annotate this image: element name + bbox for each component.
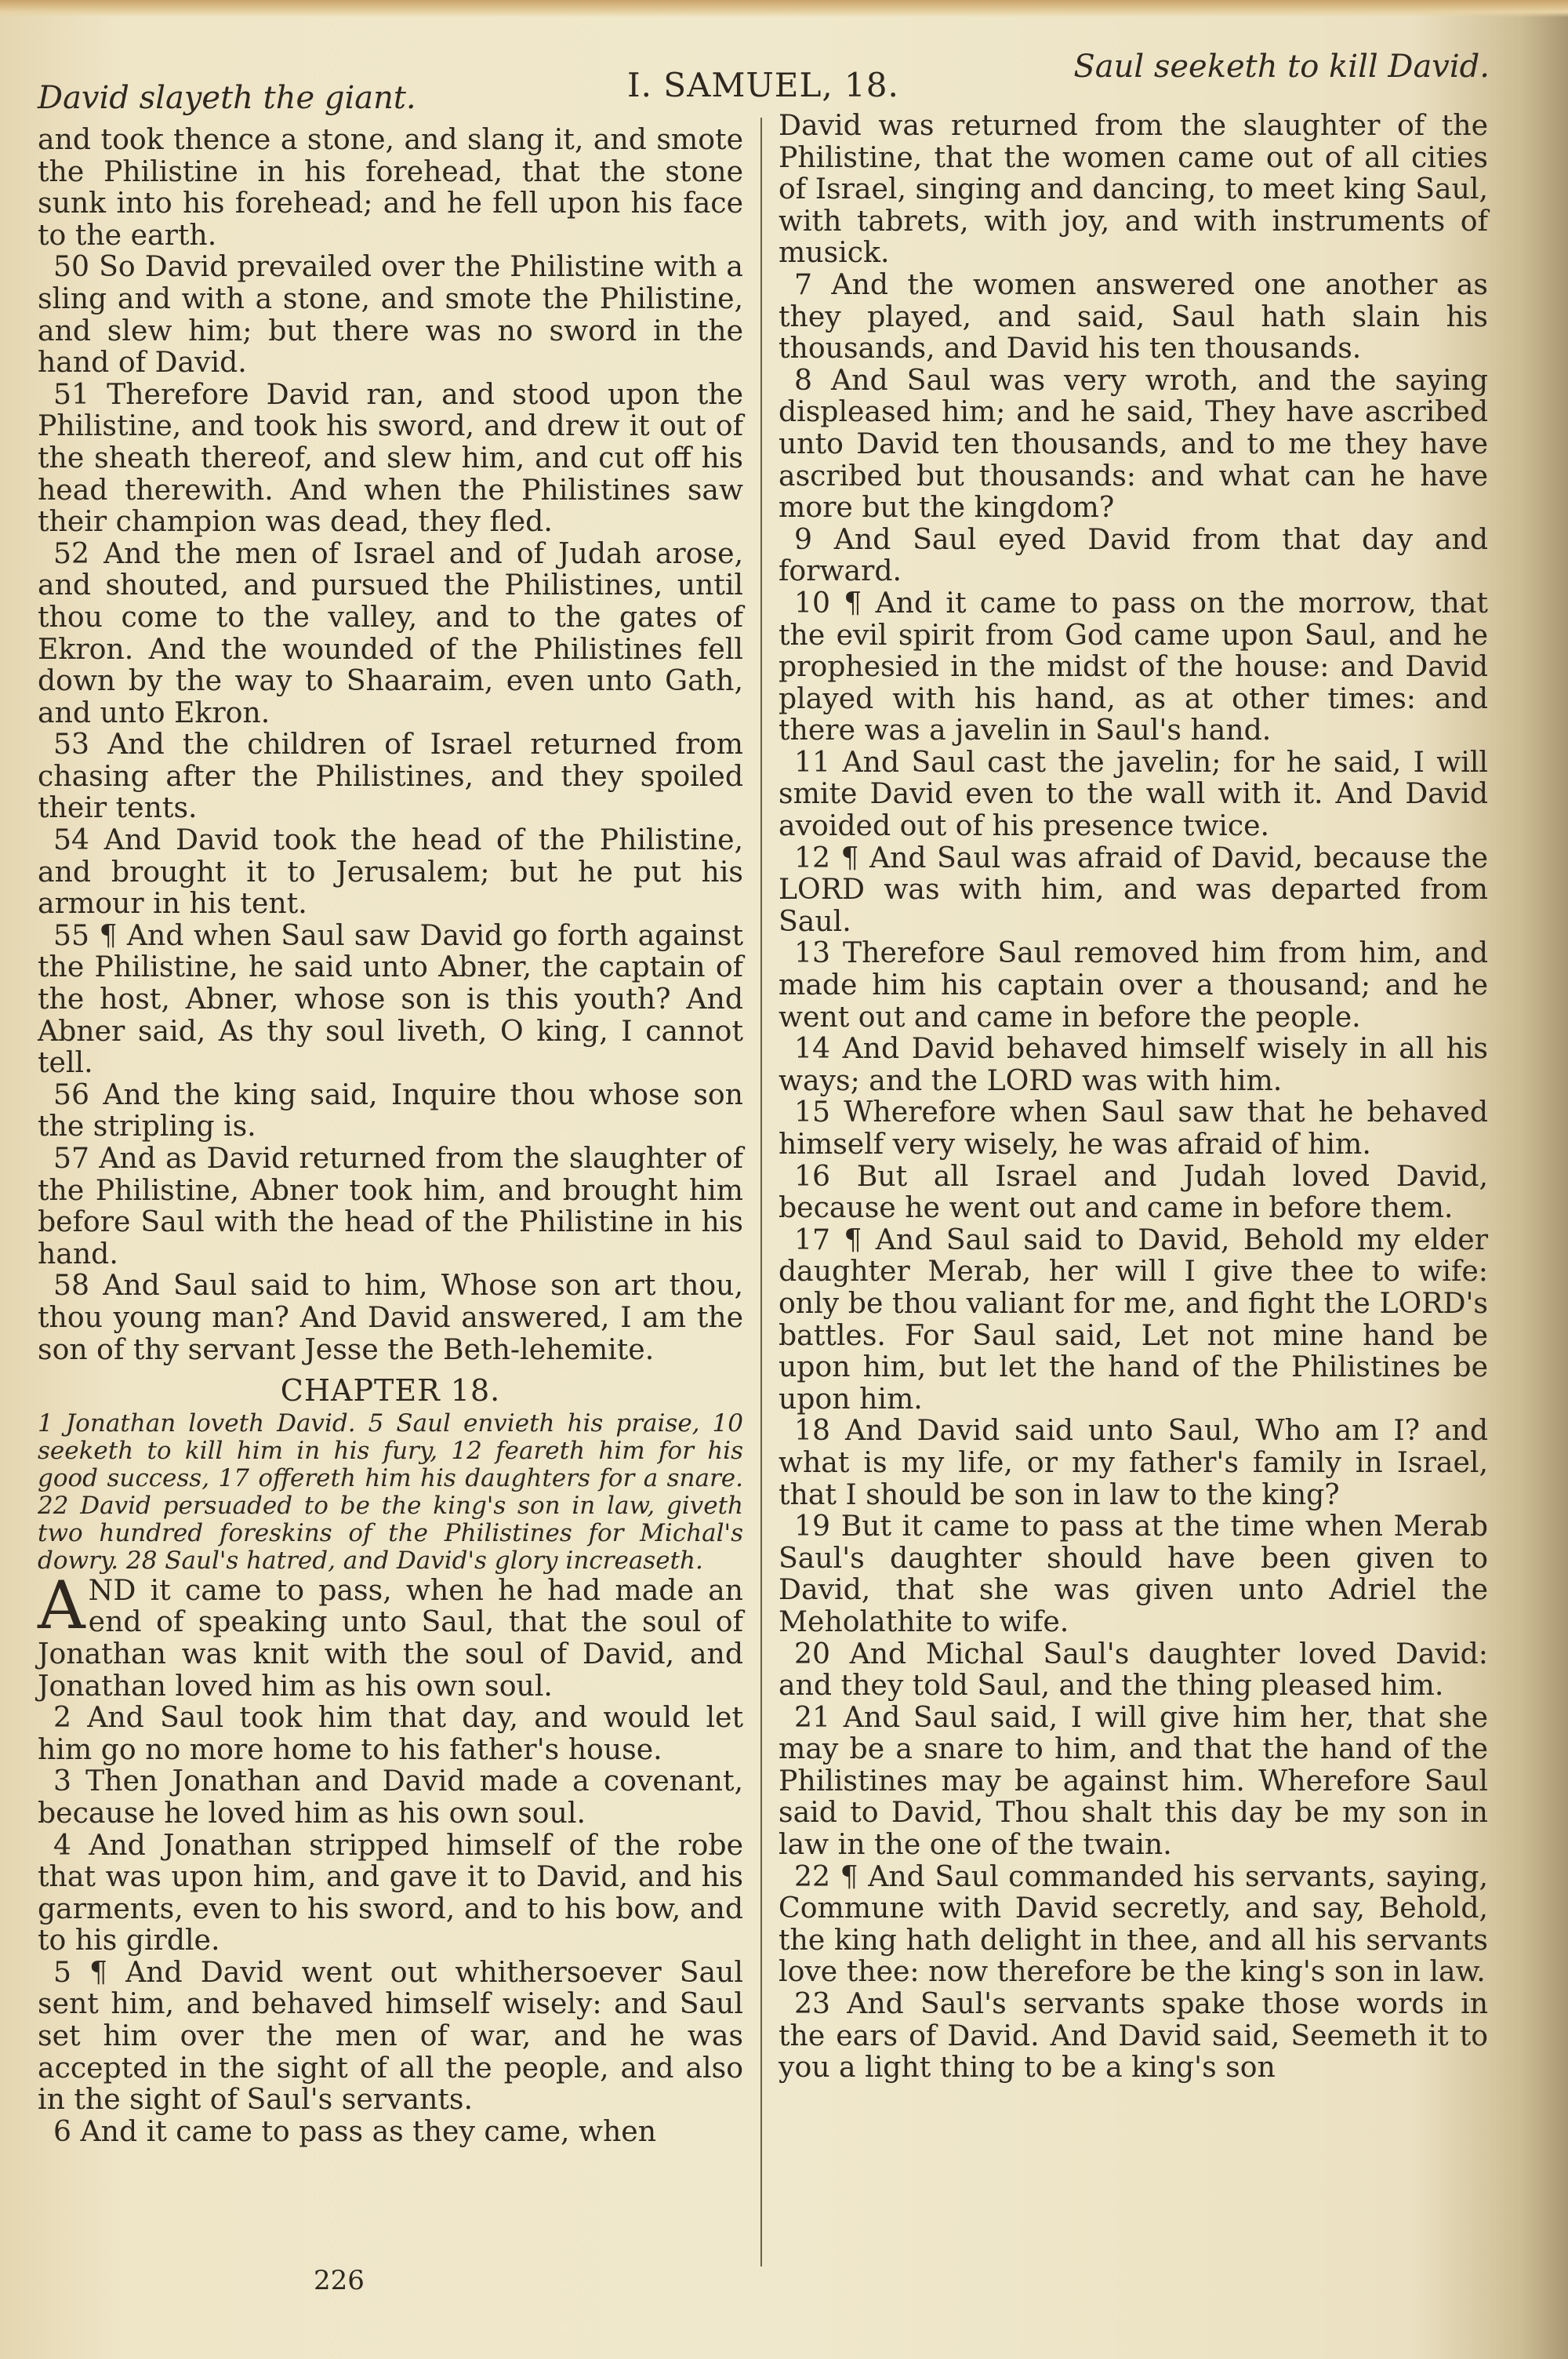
verse: 5 ¶ And David went out whithersoever Sau… xyxy=(38,1957,743,2116)
verse-text: So David prevailed over the Philistine w… xyxy=(38,249,743,379)
verse-number: 18 xyxy=(794,1413,830,1447)
verse-text: And David said unto Saul, Who am I? and … xyxy=(779,1413,1488,1510)
verse: 50 So David prevailed over the Philistin… xyxy=(38,251,743,378)
right-column: David was returned from the slaughter of… xyxy=(779,110,1488,2084)
verse-text: And Saul cast the javelin; for he said, … xyxy=(779,745,1488,842)
verse-text: And Jonathan stripped himself of the rob… xyxy=(38,1828,743,1957)
verse: 21 And Saul said, I will give him her, t… xyxy=(779,1702,1488,1861)
verse: 12 ¶ And Saul was afraid of David, becau… xyxy=(779,842,1488,938)
verse-number: 14 xyxy=(794,1031,830,1065)
verse-list: 50 So David prevailed over the Philistin… xyxy=(38,251,743,1365)
verse-text: And the children of Israel returned from… xyxy=(38,727,743,824)
verse-number: 6 xyxy=(53,2114,71,2148)
verse-list: 7 And the women answered one another as … xyxy=(779,269,1488,2084)
verse-number: 15 xyxy=(794,1095,830,1129)
page-number: 226 xyxy=(314,2265,365,2296)
verse-text: And Saul was very wroth, and the saying … xyxy=(779,363,1488,524)
verse-text: And Michal Saul's daughter loved David: … xyxy=(779,1637,1488,1703)
verse-number: 3 xyxy=(53,1764,71,1797)
verse: 19 But it came to pass at the time when … xyxy=(779,1510,1488,1637)
verse-text: But it came to pass at the time when Mer… xyxy=(779,1509,1488,1638)
verse-number: 17 ¶ xyxy=(794,1223,862,1256)
verse-text: And it came to pass as they came, when xyxy=(81,2114,656,2148)
verse-text: And David behaved himself wisely in all … xyxy=(779,1031,1488,1097)
verse: 52 And the men of Israel and of Judah ar… xyxy=(38,538,743,729)
verse: 6 And it came to pass as they came, when xyxy=(38,2116,743,2148)
verse-number: 23 xyxy=(794,1986,830,2020)
verse: 7 And the women answered one another as … xyxy=(779,269,1488,365)
verse-number: 20 xyxy=(794,1637,830,1670)
verse-text: Therefore Saul removed him from him, and… xyxy=(779,936,1488,1033)
verse: 54 And David took the head of the Philis… xyxy=(38,824,743,920)
verse: 57 And as David returned from the slaugh… xyxy=(38,1143,743,1270)
verse: 53 And the children of Israel returned f… xyxy=(38,729,743,824)
verse-number: 51 xyxy=(53,377,89,411)
chapter-summary: 1 Jonathan loveth David. 5 Saul envieth … xyxy=(38,1410,743,1575)
verse: 56 And the king said, Inquire thou whose… xyxy=(38,1079,743,1143)
book-page: David slayeth the giant. I. SAMUEL, 18. … xyxy=(0,0,1568,2359)
verse-number: 11 xyxy=(794,745,830,779)
verse: 58 And Saul said to him, Whose son art t… xyxy=(38,1270,743,1365)
drop-cap: A xyxy=(38,1578,85,1633)
verse-list: 2 And Saul took him that day, and would … xyxy=(38,1702,743,2147)
verse-number: 5 ¶ xyxy=(53,1955,107,1989)
running-header: David slayeth the giant. I. SAMUEL, 18. … xyxy=(31,49,1490,111)
verse-continuation: David was returned from the slaughter of… xyxy=(779,110,1488,269)
verse: 14 And David behaved himself wisely in a… xyxy=(779,1033,1488,1096)
verse: 3 Then Jonathan and David made a covenan… xyxy=(38,1765,743,1829)
verse-number: 19 xyxy=(794,1509,830,1543)
verse-number: 57 xyxy=(53,1141,89,1175)
page-edge-stain xyxy=(0,0,1568,17)
verse-number: 56 xyxy=(53,1078,89,1111)
verse: 9 And Saul eyed David from that day and … xyxy=(779,524,1488,587)
verse-number: 54 xyxy=(53,823,89,856)
verse-number: 53 xyxy=(53,727,89,761)
verse-text: And Saul eyed David from that day and fo… xyxy=(779,522,1488,588)
verse-number: 55 ¶ xyxy=(53,918,117,952)
column-divider xyxy=(760,118,762,2266)
verse-number: 9 xyxy=(794,522,812,556)
verse-continuation: and took thence a stone, and slang it, a… xyxy=(38,124,743,251)
verse-number: 8 xyxy=(794,363,812,397)
verse-text: And Saul said to him, Whose son art thou… xyxy=(38,1268,743,1365)
verse-text: Therefore David ran, and stood upon the … xyxy=(38,377,743,538)
verse-number: 4 xyxy=(53,1828,71,1862)
verse-number: 16 xyxy=(794,1159,830,1193)
verse-number: 21 xyxy=(794,1700,830,1734)
verse: 20 And Michal Saul's daughter loved Davi… xyxy=(779,1638,1488,1702)
verse-number: 50 xyxy=(53,249,89,283)
verse-number: 52 xyxy=(53,536,89,570)
verse-text: Then Jonathan and David made a covenant,… xyxy=(38,1764,743,1830)
verse-text: And the king said, Inquire thou whose so… xyxy=(38,1078,743,1143)
header-book-chapter: I. SAMUEL, 18. xyxy=(627,66,899,104)
chapter-heading: CHAPTER 18. xyxy=(38,1375,743,1407)
verse-text: And Saul said to David, Behold my elder … xyxy=(779,1223,1488,1416)
verse-text: And Saul said, I will give him her, that… xyxy=(779,1700,1488,1861)
verse-text: And as David returned from the slaughter… xyxy=(38,1141,743,1270)
verse-text: And when Saul saw David go forth against… xyxy=(38,918,743,1079)
verse-1: AND it came to pass, when he had made an… xyxy=(38,1575,743,1702)
verse: 4 And Jonathan stripped himself of the r… xyxy=(38,1830,743,1957)
verse-number: 13 xyxy=(794,936,830,969)
verse: 17 ¶ And Saul said to David, Behold my e… xyxy=(779,1224,1488,1416)
verse: 8 And Saul was very wroth, and the sayin… xyxy=(779,365,1488,524)
header-right-caption: Saul seeketh to kill David. xyxy=(1073,49,1490,85)
verse-number: 10 ¶ xyxy=(794,586,862,620)
verse: 10 ¶ And it came to pass on the morrow, … xyxy=(779,587,1488,747)
left-column: and took thence a stone, and slang it, a… xyxy=(38,124,743,2147)
verse: 2 And Saul took him that day, and would … xyxy=(38,1702,743,1765)
verse-text: And David took the head of the Philistin… xyxy=(38,823,743,920)
verse-text: And Saul took him that day, and would le… xyxy=(38,1700,743,1766)
verse-text: And the men of Israel and of Judah arose… xyxy=(38,536,743,729)
verse-text: And it came to pass on the morrow, that … xyxy=(779,586,1488,747)
verse-1-text: ND it came to pass, when he had made an … xyxy=(38,1573,743,1703)
verse: 11 And Saul cast the javelin; for he sai… xyxy=(779,747,1488,842)
verse-number: 12 ¶ xyxy=(794,841,859,874)
verse-text: And Saul's servants spake those words in… xyxy=(779,1986,1488,2084)
verse: 51 Therefore David ran, and stood upon t… xyxy=(38,379,743,538)
verse-number: 7 xyxy=(794,267,812,301)
verse: 16 But all Israel and Judah loved David,… xyxy=(779,1161,1488,1224)
verse-text: And David went out whithersoever Saul se… xyxy=(38,1955,743,2116)
verse-text: But all Israel and Judah loved David, be… xyxy=(779,1159,1488,1225)
verse: 22 ¶ And Saul commanded his servants, sa… xyxy=(779,1861,1488,1988)
header-left-caption: David slayeth the giant. xyxy=(38,80,416,116)
verse-number: 2 xyxy=(53,1700,71,1734)
verse-text: And Saul commanded his servants, saying,… xyxy=(779,1859,1488,1989)
verse: 55 ¶ And when Saul saw David go forth ag… xyxy=(38,920,743,1079)
verse-text: And Saul was afraid of David, because th… xyxy=(779,841,1488,938)
verse-number: 22 ¶ xyxy=(794,1859,858,1893)
verse: 15 Wherefore when Saul saw that he behav… xyxy=(779,1096,1488,1160)
verse-number: 58 xyxy=(53,1268,89,1302)
verse: 13 Therefore Saul removed him from him, … xyxy=(779,937,1488,1033)
verse-text: Wherefore when Saul saw that he behaved … xyxy=(779,1095,1488,1161)
verse: 23 And Saul's servants spake those words… xyxy=(779,1988,1488,2084)
verse-text: And the women answered one another as th… xyxy=(779,267,1488,365)
verse: 18 And David said unto Saul, Who am I? a… xyxy=(779,1415,1488,1510)
